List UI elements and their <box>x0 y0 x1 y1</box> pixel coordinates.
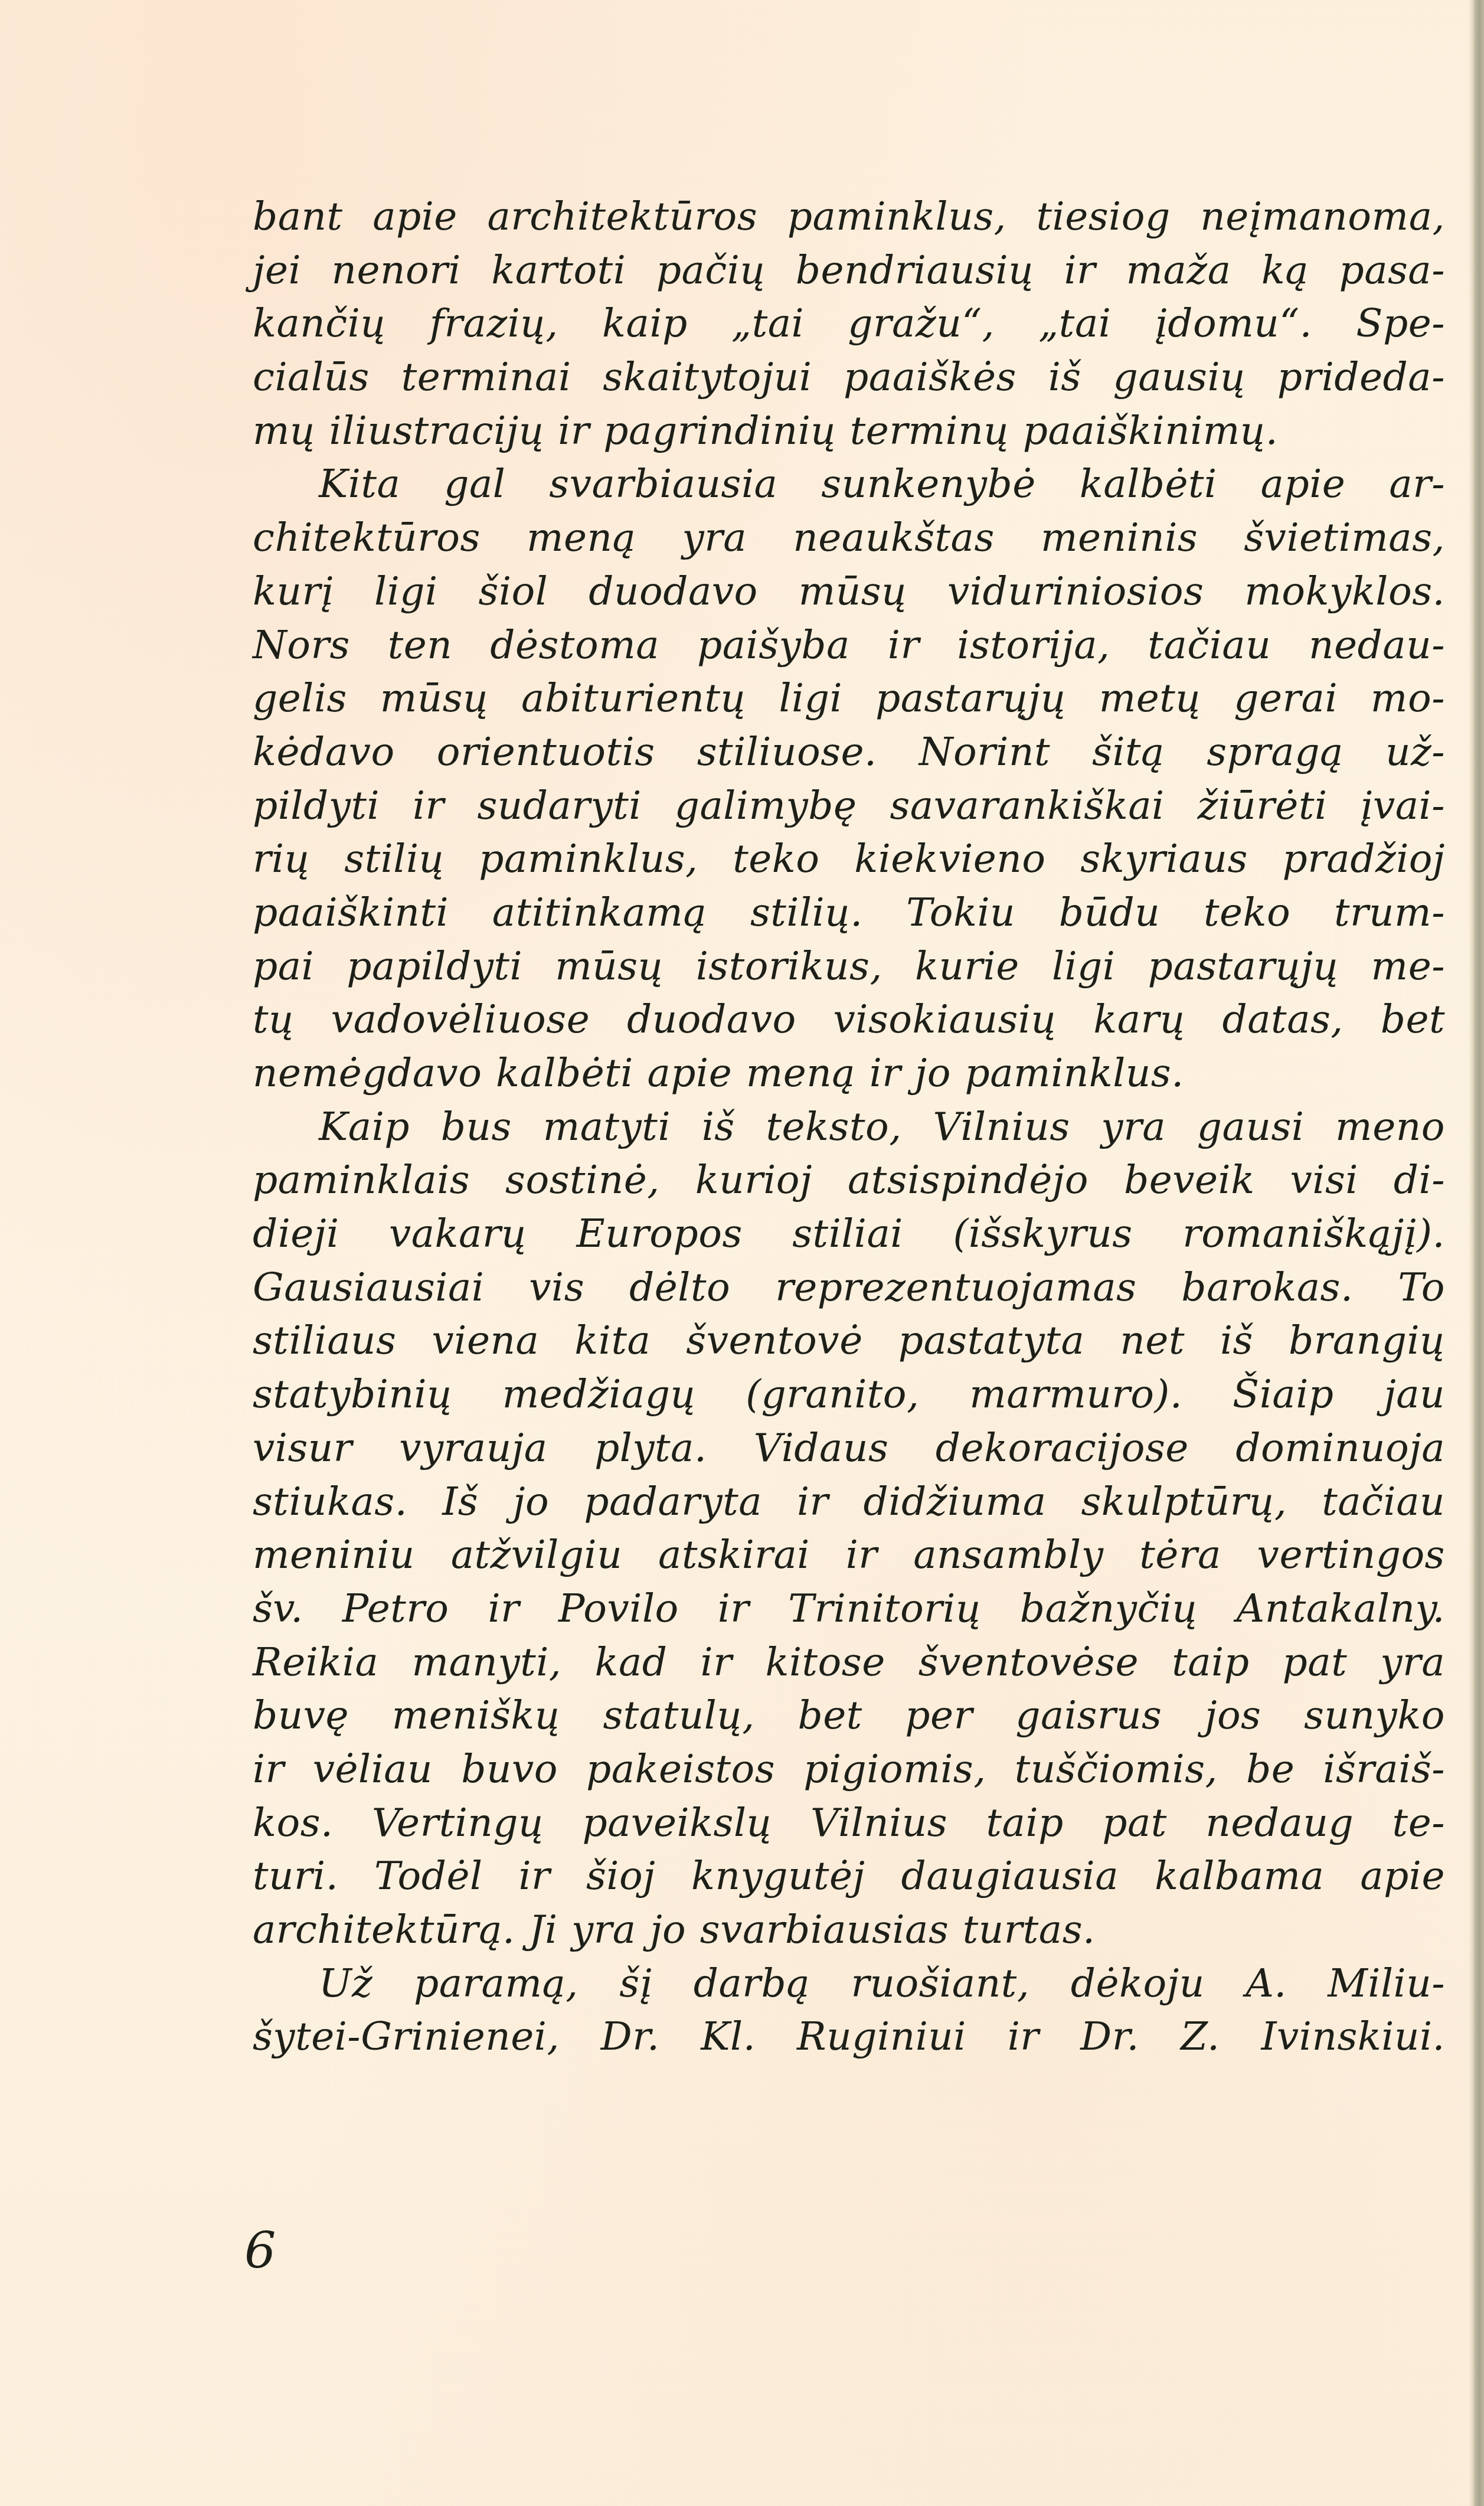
text-line: statybinių medžiagų (granito, marmuro). … <box>253 1368 1445 1422</box>
text-line: Už paramą, šį darbą ruošiant, dėkoju A. … <box>253 1957 1445 2011</box>
text-line: Nors ten dėstoma paišyba ir istorija, ta… <box>253 619 1445 672</box>
text-line: Kita gal svarbiausia sunkenybė kalbėti a… <box>253 458 1445 511</box>
text-line: nemėgdavo kalbėti apie meną ir jo pamink… <box>253 1047 1445 1100</box>
text-line: bant apie architektūros paminklus, tiesi… <box>253 190 1445 244</box>
text-line: tų vadovėliuose duodavo visokiausių karų… <box>253 993 1445 1047</box>
text-line: stiliaus viena kita šventovė pastatyta n… <box>253 1314 1445 1368</box>
text-line: pai papildyti mūsų istorikus, kurie ligi… <box>253 940 1445 994</box>
text-line: šytei-Grinienei, Dr. Kl. Ruginiui ir Dr.… <box>253 2010 1445 2064</box>
paragraph-3: Kaip bus matyti iš teksto, Vilnius yra g… <box>253 1100 1445 1957</box>
text-line: visur vyrauja plyta. Vidaus dekoracijose… <box>253 1422 1445 1475</box>
text-line: jei nenori kartoti pačių bendriausių ir … <box>253 244 1445 298</box>
paragraph-2: Kita gal svarbiausia sunkenybė kalbėti a… <box>253 458 1445 1100</box>
text-line: Gausiausiai vis dėlto reprezentuojamas b… <box>253 1261 1445 1315</box>
text-line: mų iliustracijų ir pagrindinių terminų p… <box>253 404 1445 458</box>
text-line: dieji vakarų Europos stiliai (išskyrus r… <box>253 1207 1445 1261</box>
text-line: meniniu atžvilgiu atskirai ir ansambly t… <box>253 1528 1445 1582</box>
text-line: kurį ligi šiol duodavo mūsų viduriniosio… <box>253 565 1445 619</box>
text-line: kančių frazių, kaip „tai gražu“, „tai įd… <box>253 297 1445 351</box>
body-text: bant apie architektūros paminklus, tiesi… <box>253 190 1445 2064</box>
text-line: gelis mūsų abiturientų ligi pastarųjų me… <box>253 672 1445 726</box>
page-edge-shadow <box>1469 0 1484 2506</box>
text-line: cialūs terminai skaitytojui paaiškės iš … <box>253 351 1445 404</box>
text-line: rių stilių paminklus, teko kiekvieno sky… <box>253 832 1445 886</box>
text-line: pildyti ir sudaryti galimybę savarankišk… <box>253 779 1445 833</box>
text-line: paaiškinti atitinkamą stilių. Tokiu būdu… <box>253 886 1445 940</box>
text-line: turi. Todėl ir šioj knygutėj daugiausia … <box>253 1850 1445 1903</box>
text-line: kėdavo orientuotis stiliuose. Norint šit… <box>253 726 1445 779</box>
text-line: ir vėliau buvo pakeistos pigiomis, tušči… <box>253 1743 1445 1796</box>
text-line: Kaip bus matyti iš teksto, Vilnius yra g… <box>253 1100 1445 1154</box>
text-line: Reikia manyti, kad ir kitose šventovėse … <box>253 1636 1445 1690</box>
paragraph-acknowledgement: Už paramą, šį darbą ruošiant, dėkoju A. … <box>253 1957 1445 2064</box>
text-line: šv. Petro ir Povilo ir Trinitorių bažnyč… <box>253 1582 1445 1636</box>
text-line: stiukas. Iš jo padaryta ir didžiuma skul… <box>253 1475 1445 1529</box>
text-line: buvę meniškų statulų, bet per gaisrus jo… <box>253 1689 1445 1743</box>
text-line: architektūrą. Ji yra jo svarbiausias tur… <box>253 1903 1445 1957</box>
page-number: 6 <box>244 2226 276 2275</box>
text-line: kos. Vertingų paveikslų Vilnius taip pat… <box>253 1796 1445 1850</box>
text-line: paminklais sostinė, kurioj atsispindėjo … <box>253 1154 1445 1207</box>
text-line: chitektūros meną yra neaukštas meninis š… <box>253 511 1445 565</box>
paragraph-1: bant apie architektūros paminklus, tiesi… <box>253 190 1445 458</box>
